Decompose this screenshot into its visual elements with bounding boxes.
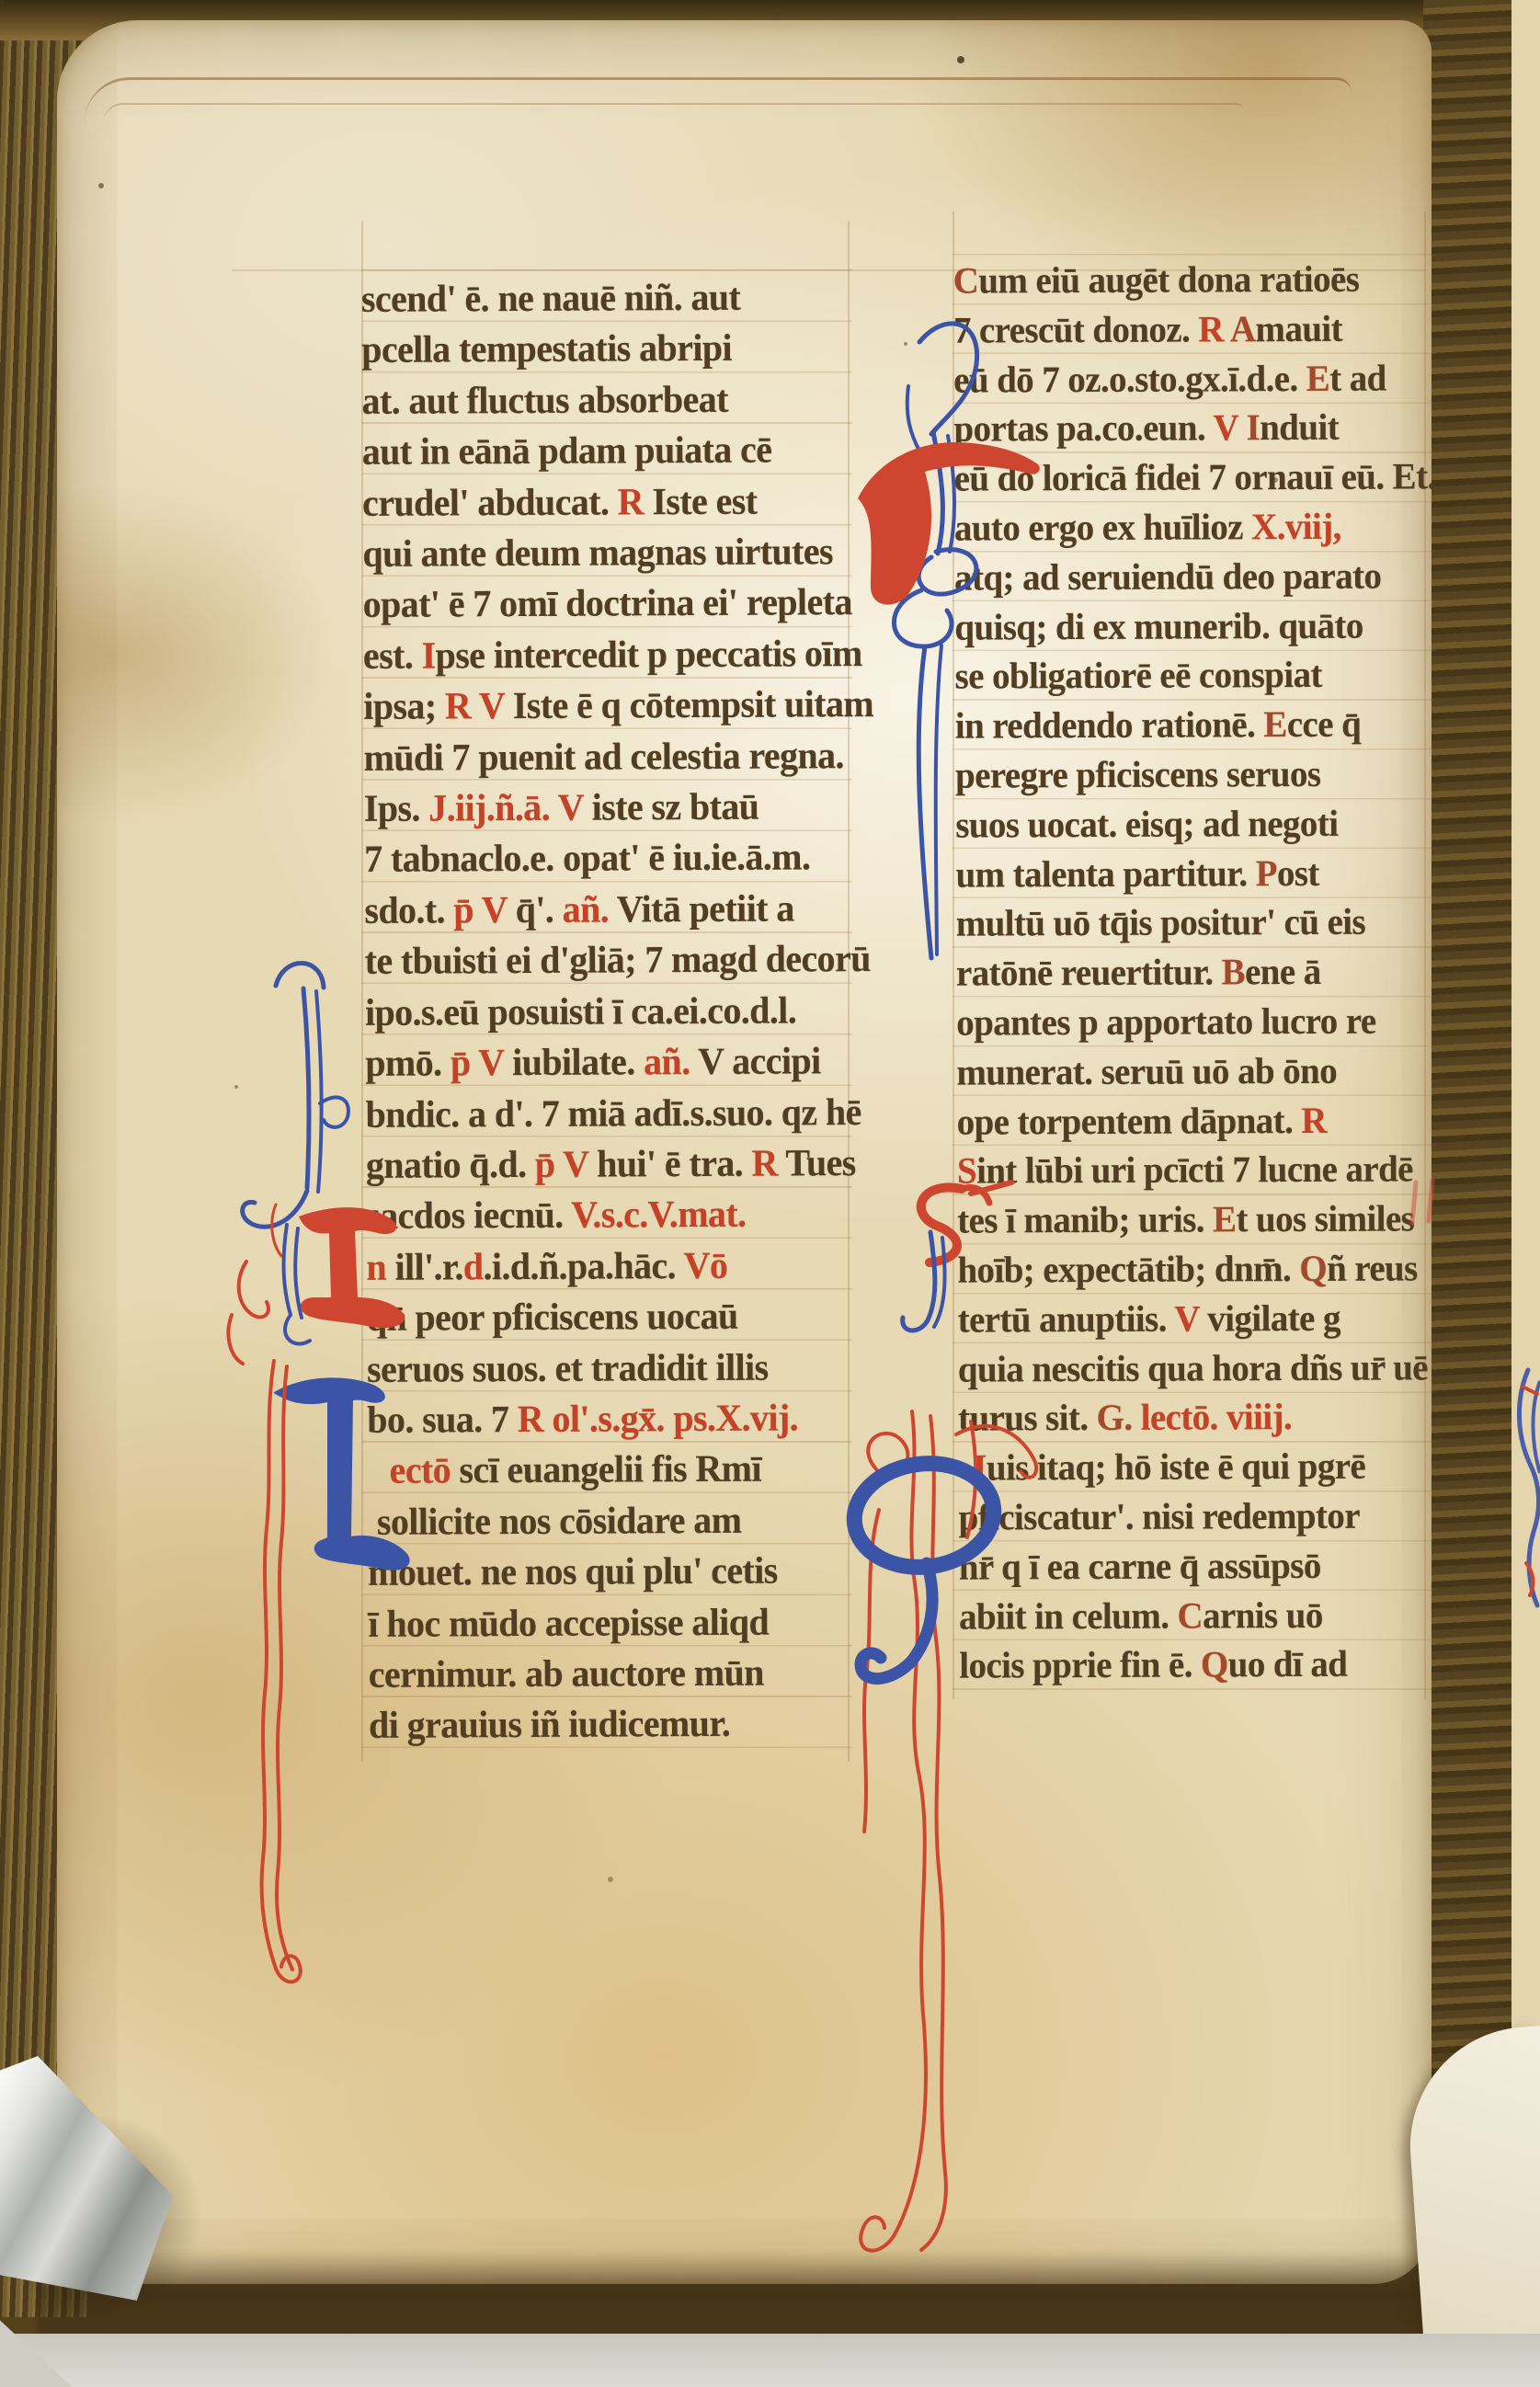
text-segment: E (1263, 704, 1287, 746)
text-segment: crudel' abducat. (362, 480, 618, 524)
text-segment: int lūbi uri pcīcti 7 lucne ardē (976, 1148, 1413, 1192)
text-line: ope torpentem dāpnat. R (957, 1094, 1437, 1148)
text-segment: suos uocat. eisq; ad negoti (955, 803, 1338, 846)
text-segment: R V (445, 684, 505, 727)
text-line: ipo.s.eū posuisti ī ca.ei.co.d.l. (365, 983, 852, 1038)
text-segment: pmō. (365, 1041, 451, 1084)
text-segment: Vitā petiit a (609, 886, 794, 931)
text-segment: abiit in celum. (959, 1595, 1178, 1638)
text-segment: d (463, 1245, 484, 1288)
text-line: tertū anuptiis. V vigilate g (958, 1293, 1438, 1346)
text-segment: pse intercedit p peccatis oīm (435, 631, 861, 676)
text-line: at. aut fluctus absorbeat (361, 371, 849, 427)
text-segment: I (973, 1447, 987, 1489)
text-segment: q̄'. (507, 887, 563, 931)
left-text-column: scend' ē. ne nauē niñ. autpcella tempest… (361, 271, 856, 1752)
text-line: est. Ipse intercedit p peccatis oīm (363, 626, 850, 681)
text-segment: turus sit. (958, 1398, 1097, 1439)
text-segment: V (1213, 407, 1238, 449)
text-segment: V accipi (690, 1039, 820, 1083)
text-segment: n (366, 1245, 386, 1288)
text-line: tes ī manib; uris. Et uos similes (957, 1193, 1437, 1247)
text-segment: seruos suos. et tradidit illis (367, 1345, 769, 1390)
text-segment: sacdos iecnū. (366, 1193, 571, 1238)
text-segment: ene ā (1245, 952, 1321, 993)
text-line: bo. sua. 7 R ol'.s.gx̄. ps.X.vij. (367, 1390, 854, 1445)
text-segment: R (751, 1141, 778, 1184)
text-line: cernimur. ab auctore mūn (369, 1645, 856, 1700)
text-segment: iubilate. (504, 1040, 645, 1084)
text-segment: ipsa; (363, 684, 445, 727)
text-segment: tertū anuptiis. (958, 1298, 1175, 1341)
text-line: te tbuisti ei d'gliā; 7 magd decorū (365, 932, 852, 988)
text-line: Sint lūbi uri pcīcti 7 lucne ardē (957, 1144, 1437, 1197)
text-line: abiit in celum. Carnis uō (959, 1589, 1439, 1642)
text-segment: eū dō 7 oz.o.sto.gx.ī.d.e. (953, 358, 1306, 400)
text-line: suos uocat. eisq; ad negoti (955, 798, 1435, 851)
text-line: sollicite nos cōsidare am (368, 1492, 855, 1548)
text-line: Iuis itaq; hō iste ē qui pgrē (958, 1441, 1438, 1494)
parchment-specks (0, 0, 4, 4)
text-segment: E (1306, 358, 1330, 399)
text-line: quisq; di ex munerib. quāto (954, 600, 1434, 653)
text-segment: um talenta partitur. (955, 852, 1255, 895)
text-line: portas pa.co.eun. V Induit (953, 402, 1433, 455)
text-line: hoīb; expectātib; dnm̄. Qñ reus (957, 1243, 1437, 1296)
text-segment: munerat. seruū uō ab ōno (956, 1050, 1337, 1093)
text-segment: A (1230, 309, 1256, 350)
text-segment: Iste est (644, 479, 758, 522)
text-segment: X.viij, (1251, 506, 1341, 547)
text-segment: I (422, 634, 436, 677)
text-line: mouet. ne nos qui plu' cetis (368, 1544, 855, 1599)
text-segment: ratōnē reuertitur. (956, 952, 1222, 994)
text-line: sacdos iecnū. V.s.c.V.mat. (366, 1187, 853, 1242)
text-segment: pcella tempestatis abripi (361, 326, 732, 371)
text-segment: lectō. viiij. (1141, 1397, 1293, 1438)
text-segment: hoīb; expectātib; dnm̄. (957, 1249, 1299, 1291)
text-segment: ī hoc mūdo accepisse aliqd (368, 1600, 769, 1645)
text-line: sdo.t. p̄ V q̄'. añ. Vitā petiit a (364, 881, 851, 936)
text-segment: gnatio q̄.d. (366, 1142, 535, 1186)
text-segment: sollicite nos cōsidare am (377, 1498, 742, 1543)
text-segment: est. (363, 634, 422, 677)
manuscript-photo: scend' ē. ne nauē niñ. autpcella tempest… (0, 0, 1540, 2387)
text-segment: S (957, 1151, 976, 1193)
text-line: opantes p apportato lucro re (956, 996, 1436, 1049)
text-segment: R ol'.s.gx̄. ps.X.vij. (518, 1396, 798, 1440)
text-segment: mouet. ne nos qui plu' cetis (368, 1548, 778, 1593)
text-segment: p̄ V (451, 1041, 504, 1084)
text-line: ī hoc mūdo accepisse aliqd (368, 1594, 855, 1650)
text-line: locis pprie fin ē. Quo dī ad (959, 1639, 1439, 1692)
text-segment: at. aut fluctus absorbeat (361, 377, 728, 422)
table-surface (0, 2334, 1540, 2387)
text-segment: hui' ē tra. (588, 1141, 752, 1185)
text-line: crudel' abducat. R Iste est (362, 474, 850, 529)
text-segment (1132, 1398, 1140, 1439)
text-segment: añ. (644, 1040, 690, 1083)
text-line: auto ergo ex huīlioz X.viij, (954, 501, 1434, 554)
text-segment: quia nescitis qua hora dñs ur̄ uē (958, 1347, 1428, 1390)
text-segment: tes ī manib; uris. (957, 1199, 1213, 1241)
text-segment: multū uō tq̄is positur' cū eis (956, 902, 1365, 945)
text-segment: Tues (778, 1141, 856, 1184)
text-segment: J.iij.ñ.ā. V (428, 785, 583, 829)
text-line: 7 tabnaclo.e. opat' ē iu.ie.ā.m. (364, 830, 851, 885)
text-segment: Q (1299, 1248, 1327, 1289)
text-segment: ost (1277, 852, 1319, 894)
text-line: pficiscatur'. nisi redemptor (958, 1490, 1438, 1544)
text-line: opat' ē 7 omī doctrina ei' repleta (363, 576, 850, 631)
text-segment: scī euangelii fis Rmī (451, 1447, 761, 1492)
text-segment: nr̄ q ī ea carne q̄ assūpsō (959, 1545, 1321, 1587)
text-segment: iste sz btaū (583, 784, 759, 828)
text-line: pcella tempestatis abripi (361, 321, 849, 376)
text-segment: nduit (1260, 407, 1339, 449)
text-segment: Iste ē q cōtempsit uitam (504, 682, 873, 727)
text-segment: opat' ē 7 omī doctrina ei' repleta (363, 580, 852, 626)
text-segment: .i.d.ñ.pa.hāc. (483, 1243, 683, 1287)
text-line: eū dō loricā fidei 7 ornauī eū. Et. (954, 451, 1434, 505)
text-segment: R (1198, 309, 1224, 350)
text-segment: Q (1201, 1644, 1228, 1685)
text-line: 7 crescūt donoz. R Amauit (953, 303, 1433, 357)
text-segment: cernimur. ab auctore mūn (369, 1650, 764, 1696)
text-line: di grauius iñ iudicemur. (369, 1696, 856, 1752)
text-segment: R (618, 480, 645, 523)
text-segment: peregre pficiscens seruos (955, 754, 1321, 796)
text-segment: 7 crescūt donoz. (953, 309, 1199, 351)
text-line: se obligatiorē eē conspiat (954, 649, 1434, 702)
text-segment: bo. sua. 7 (367, 1398, 518, 1442)
text-segment: ill'.r. (386, 1245, 463, 1288)
text-segment: añ. (563, 887, 610, 931)
text-segment: uo dī ad (1228, 1644, 1348, 1685)
text-segment: in reddendo rationē. (955, 704, 1264, 747)
text-line: quia nescitis qua hora dñs ur̄ uē (958, 1342, 1438, 1395)
text-line: Cum eiū augēt dona ratioēs (953, 254, 1433, 307)
text-segment: Ips. (364, 786, 429, 829)
text-line: gnatio q̄.d. p̄ V hui' ē tra. R Tues (366, 1136, 853, 1191)
right-text-column: Cum eiū augēt dona ratioēs7 crescūt dono… (953, 255, 1440, 1691)
text-line: atq; ad seruiendū deo parato (954, 551, 1434, 604)
text-segment: se obligatiorē eē conspiat (954, 655, 1321, 697)
text-line: qn̄ peor pficiscens uocaū (367, 1289, 854, 1344)
text-line: pmō. p̄ V iubilate. añ. V accipi (365, 1034, 852, 1090)
text-line: seruos suos. et tradidit illis (367, 1340, 854, 1395)
text-segment: um eiū augēt dona ratioēs (978, 258, 1359, 302)
text-line: multū uō tq̄is positur' cū eis (956, 897, 1436, 950)
text-segment: mūdi 7 puenit ad celestia regna. (363, 733, 844, 779)
text-segment: ipo.s.eū posuisti ī ca.ei.co.d.l. (365, 988, 796, 1034)
text-line: ipsa; R V Iste ē q cōtempsit uitam (363, 678, 850, 733)
text-line: peregre pficiscens seruos (955, 748, 1435, 802)
page-crease-line (103, 103, 1243, 123)
text-segment: p̄ V (535, 1142, 588, 1185)
text-segment: P (1256, 852, 1277, 894)
text-segment: vigilate g (1199, 1297, 1340, 1339)
text-segment: 7 tabnaclo.e. opat' ē iu.ie.ā.m. (364, 835, 810, 880)
text-segment: cce q̄ (1287, 704, 1362, 746)
text-line: n ill'.r.d.i.d.ñ.pa.hāc. Vō (366, 1238, 853, 1293)
text-segment: opantes p apportato lucro re (956, 1000, 1375, 1044)
text-line: aut in eānā pdam puiata cē (362, 423, 850, 478)
text-segment: C (953, 260, 979, 302)
text-line: turus sit. G. lectō. viiij. (958, 1391, 1438, 1445)
text-line: mūdi 7 puenit ad celestia regna. (363, 728, 850, 783)
text-segment: I (1246, 407, 1260, 449)
text-segment: B (1222, 952, 1246, 993)
text-line: in reddendo rationē. Ecce q̄ (955, 699, 1435, 752)
text-line: scend' ē. ne nauē niñ. aut (361, 270, 849, 325)
text-line: ectō scī euangelii fis Rmī (367, 1442, 854, 1497)
text-line: um talenta partitur. Post (955, 847, 1435, 900)
text-segment: E (1213, 1199, 1237, 1240)
text-segment (1238, 407, 1246, 449)
text-segment: ope torpentem dāpnat. (957, 1100, 1302, 1142)
text-segment: t uos similes (1236, 1198, 1414, 1240)
text-segment: V (1174, 1298, 1199, 1340)
text-segment: pficiscatur'. nisi redemptor (958, 1495, 1360, 1538)
text-line: bndic. a d'. 7 miā adī.s.suo. qz hē (365, 1085, 852, 1140)
text-segment: R (1301, 1100, 1327, 1141)
text-segment: V.s.c.V.mat. (571, 1193, 746, 1237)
text-segment: locis pprie fin ē. (959, 1644, 1201, 1686)
text-segment: scend' ē. ne nauē niñ. aut (361, 275, 741, 320)
text-segment: portas pa.co.eun. (953, 407, 1213, 450)
text-segment: aut in eānā pdam puiata cē (362, 428, 772, 473)
text-segment: eū dō loricā fidei 7 ornauī eū. Et. (954, 456, 1436, 499)
text-segment: G. (1097, 1398, 1133, 1439)
text-segment: C (1177, 1595, 1203, 1637)
text-segment: p̄ V (453, 888, 507, 931)
text-segment: uis itaq; hō iste ē qui pgrē (987, 1445, 1365, 1489)
text-segment: di grauius iñ iudicemur. (369, 1702, 730, 1747)
text-segment: qn̄ peor pficiscens uocaū (367, 1294, 738, 1339)
text-segment: atq; ad seruiendū deo parato (954, 555, 1381, 599)
text-segment: ectō (389, 1448, 451, 1491)
text-segment: auto ergo ex huīlioz (954, 507, 1251, 549)
text-segment: arnis uō (1203, 1594, 1323, 1636)
text-segment: qui ante deum magnas uirtutes (362, 530, 833, 575)
text-segment: mauit (1255, 308, 1342, 349)
text-line: qui ante deum magnas uirtutes (362, 525, 850, 580)
text-line: munerat. seruū uō ab ōno (956, 1045, 1436, 1099)
text-line: Ips. J.iij.ñ.ā. V iste sz btaū (364, 780, 851, 835)
text-segment: ñ reus (1327, 1248, 1418, 1289)
text-segment: quisq; di ex munerib. quāto (954, 605, 1363, 648)
text-segment: te tbuisti ei d'gliā; 7 magd decorū (365, 937, 871, 983)
text-line: ratōnē reuertitur. Bene ā (956, 946, 1436, 999)
text-line: eū dō 7 oz.o.sto.gx.ī.d.e. Et ad (953, 352, 1433, 405)
text-segment: sdo.t. (364, 888, 453, 931)
text-line: nr̄ q ī ea carne q̄ assūpsō (959, 1539, 1439, 1593)
text-segment: t ad (1329, 358, 1386, 399)
text-segment: bndic. a d'. 7 miā adī.s.suo. qz hē (365, 1090, 861, 1136)
text-segment: Vō (684, 1243, 728, 1286)
